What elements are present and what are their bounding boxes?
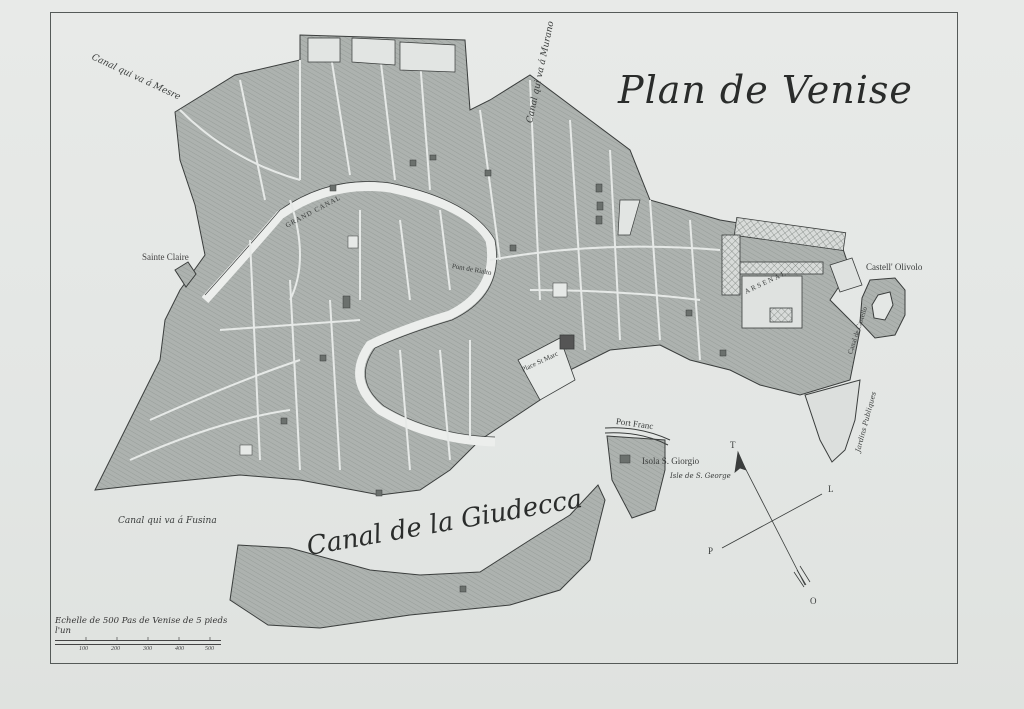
scale-caption: Echelle de 500 Pas de Venise de 5 pieds … [55,616,235,636]
compass-rose [722,452,822,587]
scale-tick: 100 [79,646,88,652]
compass-south-label: O [810,596,817,606]
scale-tick: 500 [205,646,214,652]
label-castello-olivolo: Castell' Olivolo [866,262,922,272]
label-isola-s-giorgio: Isola S. Giorgio [642,456,699,466]
label-canal-fusina: Canal qui va á Fusina [118,516,217,526]
compass-east-label: L [828,484,834,494]
jardins-publiques [805,380,860,462]
scale-tick: 400 [175,646,184,652]
label-sainte-claire: Sainte Claire [142,252,189,262]
compass-west-label: P [708,546,713,556]
map-title: Plan de Venise [618,68,913,112]
san-giorgio-island [607,436,665,518]
compass-north-label: T [730,440,736,450]
scale-bar: Echelle de 500 Pas de Venise de 5 pieds … [55,616,235,655]
scale-tick: 300 [143,646,152,652]
scale-tick-labels: 100 200 300 400 500 [55,645,221,655]
label-isle-st-george: Isle de S. George [670,472,731,480]
scale-tick: 200 [111,646,120,652]
